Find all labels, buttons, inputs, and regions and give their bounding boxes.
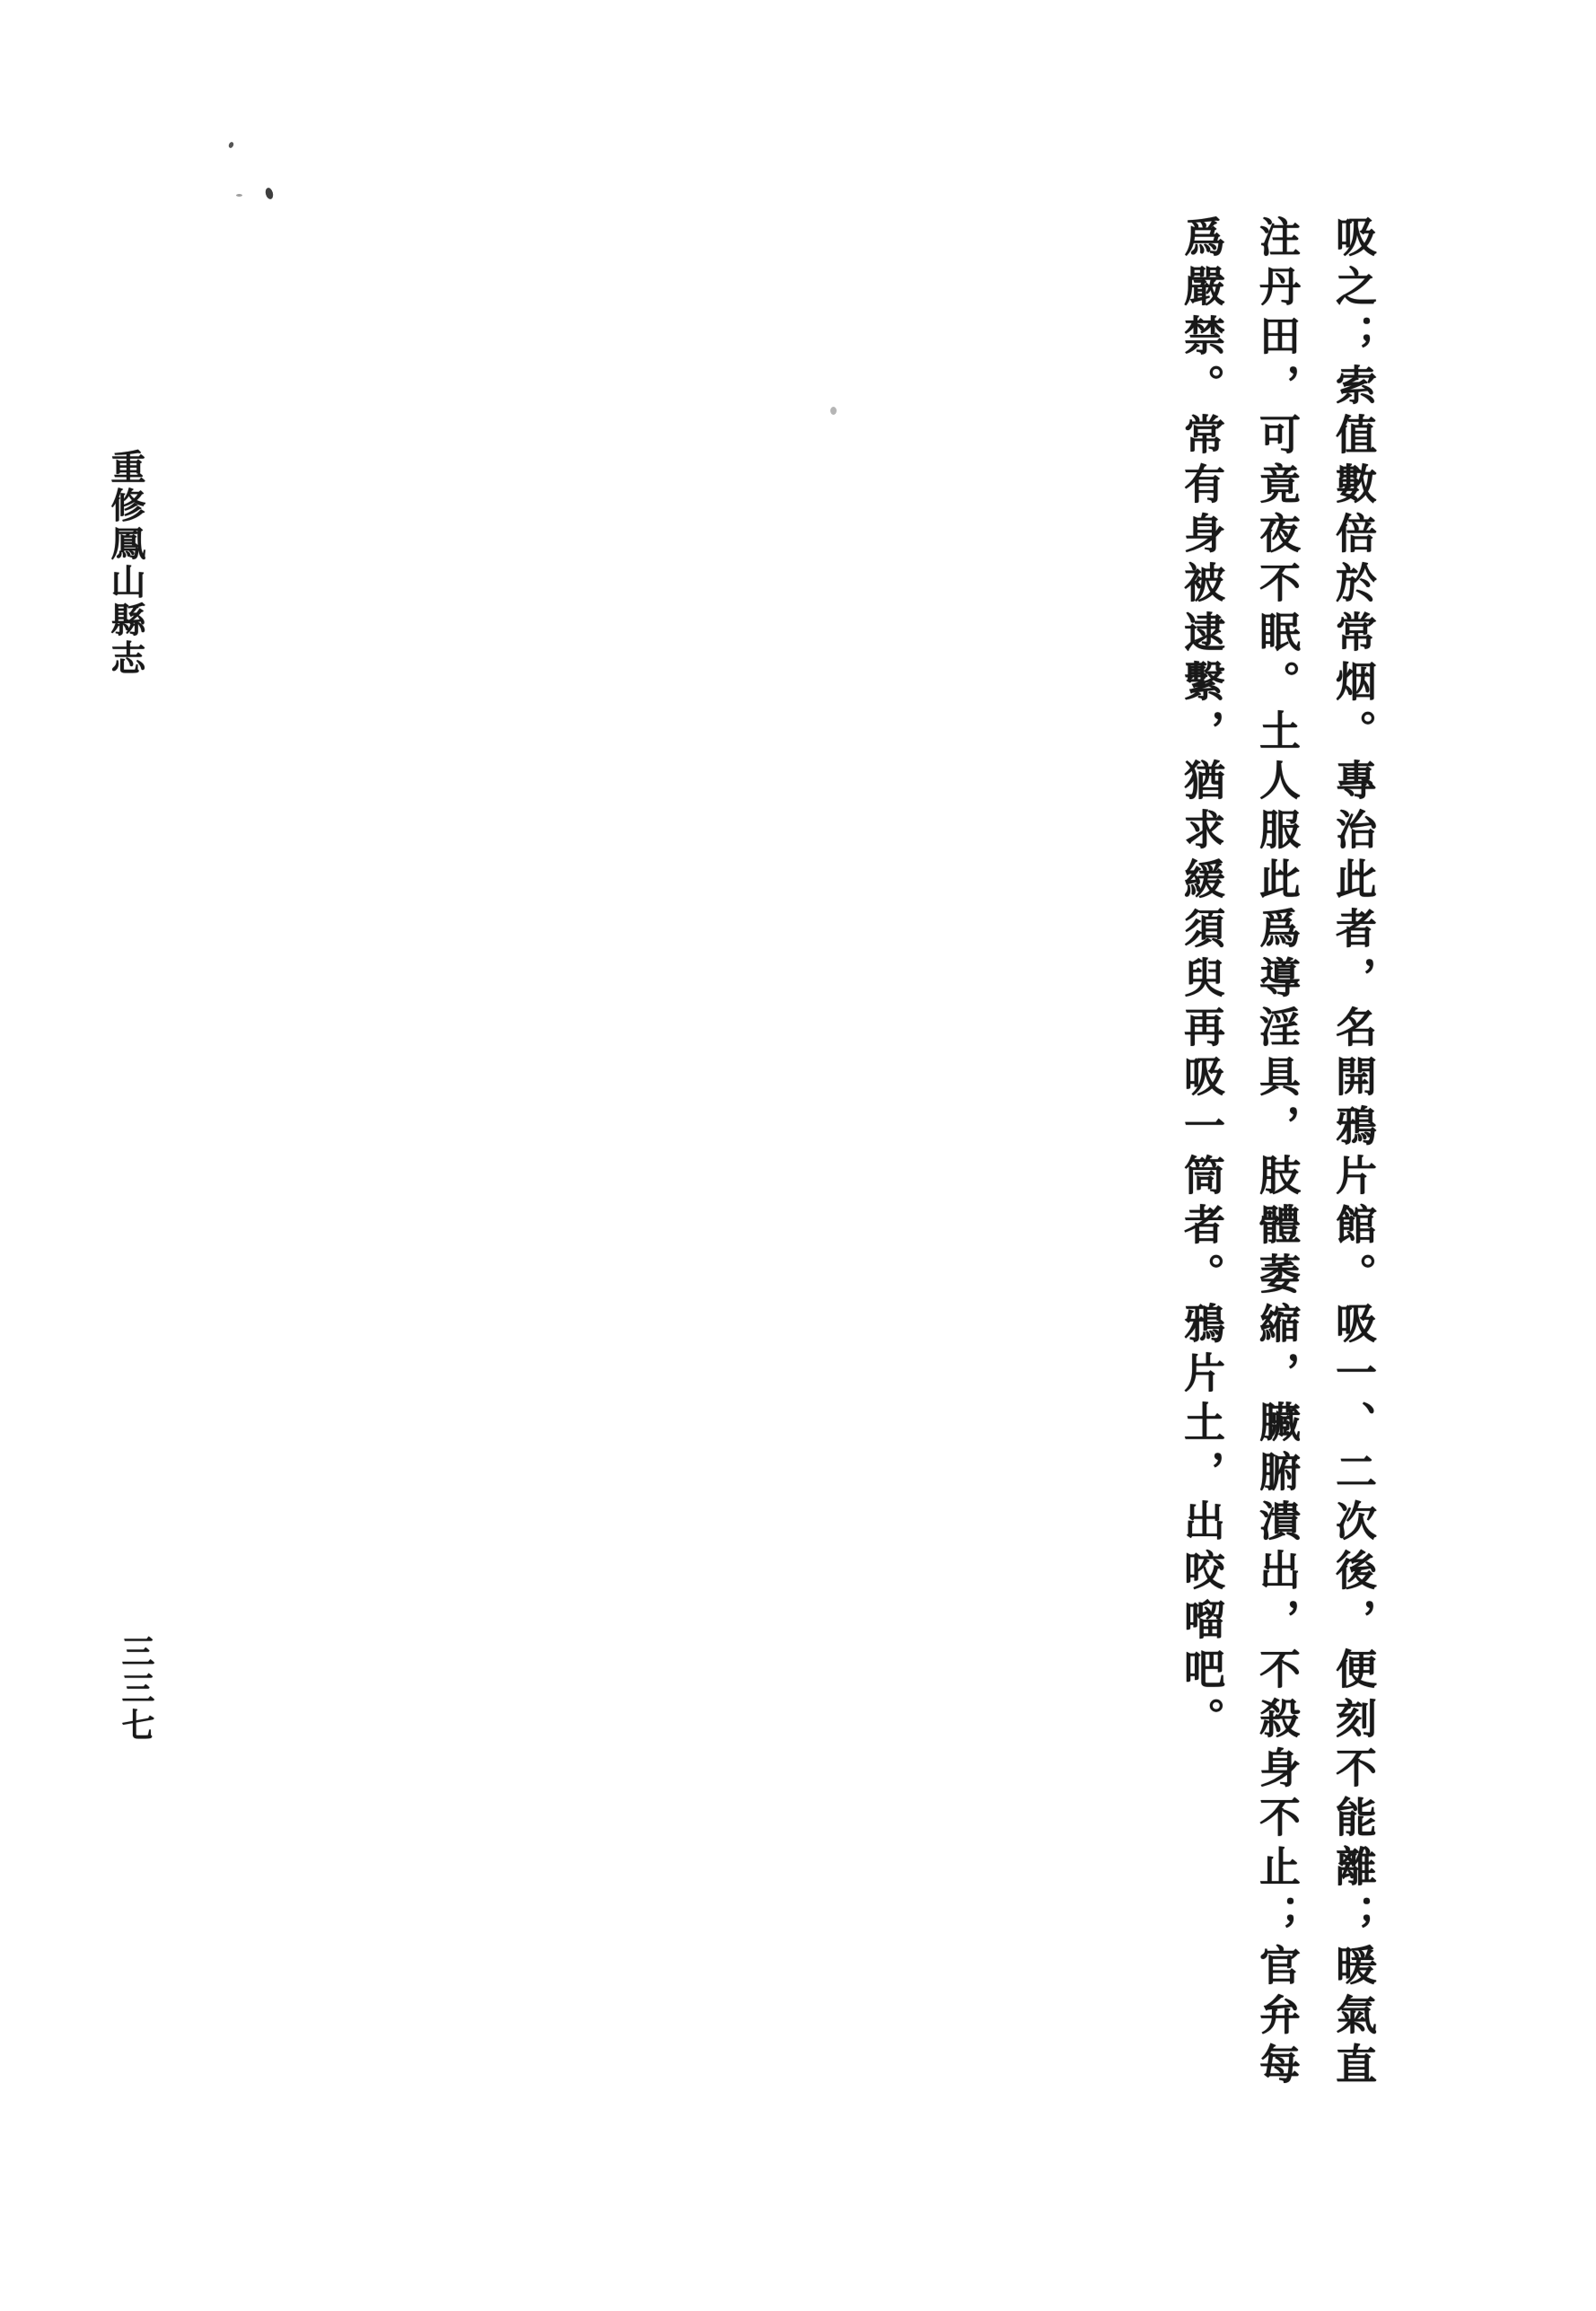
scan-speck xyxy=(264,187,274,200)
scan-speck xyxy=(228,141,234,148)
scan-speck xyxy=(236,194,242,197)
scan-speck xyxy=(830,407,837,415)
text-column-3: 爲嚴禁。常有身被逮繫，猶求緩須臾再吸一筒者。鴉片土，出咬𠺕吧。 xyxy=(1181,215,1223,1746)
scanned-book-page: 吸之；索值數倍於常烟。專治此者，名開鴉片館。吸一、二次後，便刻不能離；暖氣直 注… xyxy=(0,0,1596,2311)
book-title: 重修鳳山縣志 xyxy=(108,449,143,678)
text-column-1: 吸之；索值數倍於常烟。專治此者，名開鴉片館。吸一、二次後，便刻不能離；暖氣直 xyxy=(1333,215,1374,2092)
page-number: 三三七 xyxy=(118,1634,152,1744)
text-column-2: 注丹田，可竟夜不眠。土人服此爲導淫具，肢體萎縮，臟腑潰出，不殺身不止；官弁每 xyxy=(1257,215,1298,2092)
